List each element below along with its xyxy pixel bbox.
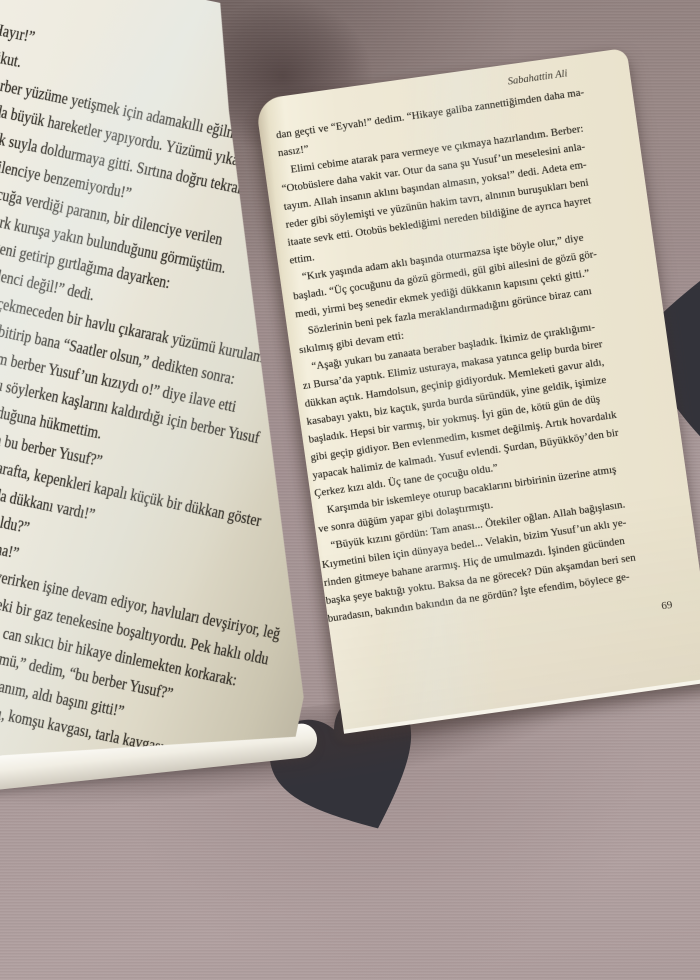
page-number: 69 <box>661 599 674 612</box>
right-page-text: dan geçti ve “Eyvah!” dedim. “Hikaye gal… <box>275 79 681 625</box>
photo-scene: “Hayır!”Sükut.Berber yüzüme yetişmek içi… <box>0 0 700 980</box>
